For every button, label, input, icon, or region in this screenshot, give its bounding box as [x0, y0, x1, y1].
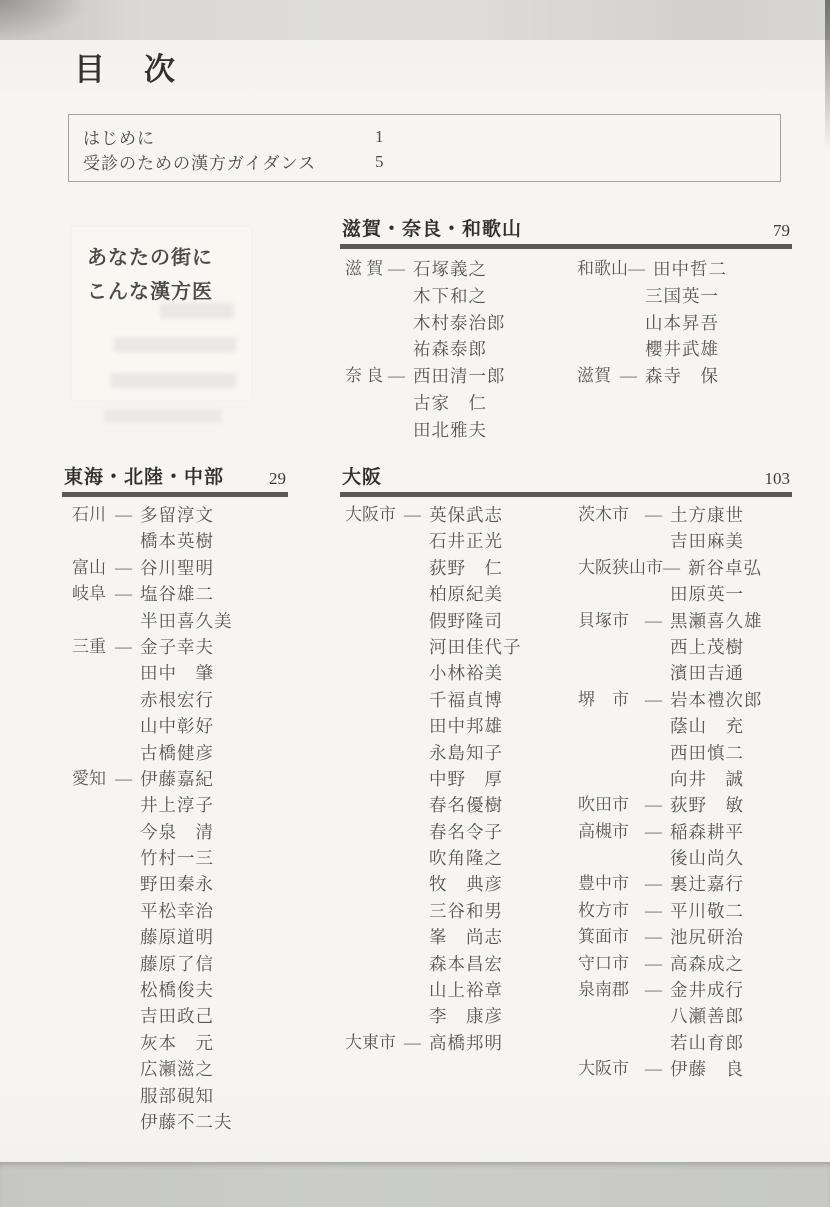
region-label: 愛知― — [72, 766, 140, 792]
region-name: 豊中市 — [578, 871, 629, 897]
book-toc-page: 目 次 はじめに 1 受診のための漢方ガイダンス 5 あなたの街に こんな漢方医… — [0, 0, 830, 1207]
bleedthrough-smudge — [160, 303, 234, 318]
region-name: 岐阜 — [72, 581, 106, 607]
doctor-name: 赤根宏行 — [140, 687, 214, 713]
toc-entry-row: 木村泰治郎 — [345, 310, 573, 337]
section-title: 東海・北陸・中部 — [64, 462, 224, 489]
toc-entry-row: 櫻井武雄 — [577, 336, 792, 363]
region-label: 三重― — [72, 634, 140, 660]
region-label — [72, 713, 140, 739]
toc-entry-row: 向井 誠 — [572, 766, 792, 792]
page-title: 目 次 — [74, 44, 179, 89]
toc-entry-row: 奈 良―西田清一郎 — [345, 363, 573, 390]
toc-entry-row: 滋 賀―石塚義之 — [345, 256, 573, 283]
section-header: 東海・北陸・中部 29 — [62, 462, 288, 497]
doctor-name: 新谷卓弘 — [688, 555, 762, 581]
toc-entry-row: 三重―金子幸夫 — [72, 634, 288, 660]
dash-connector: ― — [645, 871, 662, 897]
dash-connector: ― — [388, 256, 405, 283]
dash-connector: ― — [645, 819, 662, 845]
doctor-name: 稲森耕平 — [670, 819, 744, 845]
doctor-name: 柏原紀美 — [429, 581, 503, 607]
toc-entry-row: 伊藤不二夫 — [72, 1109, 288, 1135]
toc-entry-row: 灰本 元 — [72, 1030, 288, 1056]
toc-entry-row: 石井正光 — [345, 528, 569, 554]
toc-entry-row: 荻野 仁 — [345, 555, 569, 581]
toc-entry-row: 石川―多留淳文 — [72, 502, 288, 528]
dash-connector: ― — [115, 502, 132, 528]
dash-connector: ― — [628, 256, 645, 283]
scan-edge-bottom — [0, 1162, 830, 1207]
region-label: 吹田市― — [572, 792, 670, 818]
region-label — [72, 845, 140, 871]
dash-connector: ― — [645, 951, 662, 977]
section-title: 滋賀・奈良・和歌山 — [342, 214, 522, 241]
toc-entry-row: 千福貞博 — [345, 687, 569, 713]
doctor-name: 三谷和男 — [429, 898, 503, 924]
doctor-name: 塩谷雄二 — [140, 581, 214, 607]
doctor-name: 吉田麻美 — [670, 528, 744, 554]
doctor-name: 古家 仁 — [413, 390, 487, 417]
region-label: 茨木市― — [572, 502, 670, 528]
section-shiga-nara-wakayama: 滋賀・奈良・和歌山 79 滋 賀―石塚義之木下和之木村泰治郎祐森泰郎奈 良―西田… — [340, 214, 792, 249]
region-label: 高槻市― — [572, 819, 670, 845]
region-label — [72, 608, 140, 634]
entry-column: 茨木市―土方康世吉田麻美大阪狭山市―新谷卓弘田原英一貝塚市―黒瀬喜久雄西上茂樹濱… — [572, 502, 792, 1083]
dash-connector: ― — [645, 898, 662, 924]
doctor-name: 小林裕美 — [429, 660, 503, 686]
toc-entry-row: 富山―谷川聖明 — [72, 555, 288, 581]
doctor-name: 高森成之 — [670, 951, 744, 977]
toc-entry-row: 蔭山 充 — [572, 713, 792, 739]
doctor-name: 牧 典彦 — [429, 871, 503, 897]
doctor-name: 峯 尚志 — [429, 924, 503, 950]
toc-entry-row: 赤根宏行 — [72, 687, 288, 713]
dash-connector: ― — [115, 766, 132, 792]
toc-entry-row: 山本昇吾 — [577, 310, 792, 337]
doctor-name: 田北雅夫 — [413, 417, 487, 444]
region-label — [345, 845, 429, 871]
doctor-name: 古橋健彦 — [140, 740, 214, 766]
doctor-name: 田中邦雄 — [429, 713, 503, 739]
doctor-name: 野田秦永 — [140, 871, 214, 897]
doctor-name: 荻野 仁 — [429, 555, 503, 581]
region-label — [72, 1056, 140, 1082]
entry-column: 石川―多留淳文橋本英樹富山―谷川聖明岐阜―塩谷雄二半田喜久美三重―金子幸夫田中 … — [72, 502, 288, 1135]
dash-connector: ― — [645, 1056, 662, 1082]
doctor-name: 土方康世 — [670, 502, 744, 528]
region-label — [72, 898, 140, 924]
doctor-name: 岩本禮次郎 — [670, 687, 763, 713]
toc-entry-row: 箕面市―池尻研治 — [572, 924, 792, 950]
toc-entry-row: 大阪狭山市―新谷卓弘 — [572, 555, 792, 581]
doctor-name: 春名令子 — [429, 819, 503, 845]
toc-entry-row: 古橋健彦 — [72, 740, 288, 766]
doctor-name: 西上茂樹 — [670, 634, 744, 660]
dash-connector: ― — [645, 687, 662, 713]
region-name: 堺 市 — [578, 687, 629, 713]
doctor-name: 櫻井武雄 — [645, 336, 719, 363]
region-label — [345, 977, 429, 1003]
doctor-name: 荻野 敏 — [670, 792, 744, 818]
doctor-name: 河田佳代子 — [429, 634, 522, 660]
region-label — [345, 819, 429, 845]
region-label — [572, 740, 670, 766]
toc-entry-page: 1 — [375, 127, 384, 147]
region-label — [572, 845, 670, 871]
region-label — [345, 951, 429, 977]
dash-connector: ― — [663, 555, 680, 581]
region-label: 滋賀― — [577, 363, 645, 390]
region-name: 大東市 — [345, 1030, 396, 1056]
doctor-name: 蔭山 充 — [670, 713, 744, 739]
toc-entry-label: 受診のための漢方ガイダンス — [83, 149, 375, 174]
doctor-name: 若山育郎 — [670, 1030, 744, 1056]
doctor-name: 藤原了信 — [140, 951, 214, 977]
doctor-name: 假野隆司 — [429, 608, 503, 634]
doctor-name: 伊藤嘉紀 — [140, 766, 214, 792]
doctor-name: 伊藤 良 — [670, 1056, 744, 1082]
toc-entry-row: 吹田市―荻野 敏 — [572, 792, 792, 818]
region-label — [72, 871, 140, 897]
doctor-name: 後山尚久 — [670, 845, 744, 871]
toc-entry-row: 藤原道明 — [72, 924, 288, 950]
section-page-number: 79 — [773, 221, 790, 241]
doctor-name: 英保武志 — [429, 502, 503, 528]
doctor-name: 伊藤不二夫 — [140, 1109, 233, 1135]
region-label — [345, 336, 413, 363]
bleedthrough-smudge — [110, 373, 236, 388]
toc-entry-row: 濱田吉通 — [572, 660, 792, 686]
dash-connector: ― — [404, 502, 421, 528]
doctor-name: 森本昌宏 — [429, 951, 503, 977]
toc-entry-row: 山中彰好 — [72, 713, 288, 739]
toc-entry-row: 峯 尚志 — [345, 924, 569, 950]
region-name: 守口市 — [578, 951, 629, 977]
doctor-name: 森寺 保 — [645, 363, 719, 390]
doctor-name: 吉田政己 — [140, 1003, 214, 1029]
region-label: 泉南郡― — [572, 977, 670, 1003]
region-label — [72, 792, 140, 818]
doctor-name: 永島知子 — [429, 740, 503, 766]
region-label — [345, 528, 429, 554]
region-label: 大東市― — [345, 1030, 429, 1056]
toc-entry-row: 西上茂樹 — [572, 634, 792, 660]
dash-connector: ― — [645, 977, 662, 1003]
series-title-line: あなたの街に — [87, 241, 251, 275]
doctor-name: 八瀬善郎 — [670, 1003, 744, 1029]
doctor-name: 中野 厚 — [429, 766, 503, 792]
toc-entry-row: 橋本英樹 — [72, 528, 288, 554]
region-label: 石川― — [72, 502, 140, 528]
section-osaka: 大阪 103 大阪市―英保武志石井正光荻野 仁柏原紀美假野隆司河田佳代子小林裕美… — [340, 462, 792, 497]
toc-entry-row: 吉田政己 — [72, 1003, 288, 1029]
doctor-name: 向井 誠 — [670, 766, 744, 792]
doctor-name: 濱田吉通 — [670, 660, 744, 686]
toc-entry-row: 祐森泰郎 — [345, 336, 573, 363]
region-label — [572, 660, 670, 686]
section-header: 大阪 103 — [340, 462, 792, 497]
toc-entry-row: 豊中市―裏辻嘉行 — [572, 871, 792, 897]
region-name: 泉南郡 — [578, 977, 629, 1003]
section-tokai-hokuriku-chubu: 東海・北陸・中部 29 石川―多留淳文橋本英樹富山―谷川聖明岐阜―塩谷雄二半田喜… — [62, 462, 288, 497]
doctor-name: 木村泰治郎 — [413, 310, 506, 337]
toc-entry-row: 田中 肇 — [72, 660, 288, 686]
region-name: 石川 — [72, 502, 106, 528]
region-name: 枚方市 — [578, 898, 629, 924]
toc-entry-row: 茨木市―土方康世 — [572, 502, 792, 528]
dash-connector: ― — [645, 608, 662, 634]
region-label: 大阪狭山市― — [572, 555, 688, 581]
toc-entry-row: 受診のための漢方ガイダンス 5 — [83, 149, 766, 174]
doctor-name: 黒瀬喜久雄 — [670, 608, 763, 634]
dash-connector: ― — [645, 502, 662, 528]
toc-entry-row: 大阪市―英保武志 — [345, 502, 569, 528]
region-label — [345, 766, 429, 792]
toc-entry-row: 木下和之 — [345, 283, 573, 310]
section-title: 大阪 — [342, 462, 382, 489]
doctor-name: 山上裕章 — [429, 977, 503, 1003]
region-label: 滋 賀― — [345, 256, 413, 283]
doctor-name: 高橋邦明 — [429, 1030, 503, 1056]
toc-entry-label: はじめに — [83, 124, 375, 149]
region-label — [72, 1003, 140, 1029]
region-label — [577, 283, 645, 310]
toc-entry-row: 永島知子 — [345, 740, 569, 766]
toc-entry-row: 田中邦雄 — [345, 713, 569, 739]
toc-entry-row: 藤原了信 — [72, 951, 288, 977]
region-label — [72, 924, 140, 950]
region-label: 大阪市― — [345, 502, 429, 528]
bleedthrough-smudge — [114, 337, 236, 352]
region-label — [345, 283, 413, 310]
region-label — [345, 581, 429, 607]
doctor-name: 祐森泰郎 — [413, 336, 487, 363]
region-name: 大阪狭山市 — [578, 555, 663, 581]
toc-entry-row: 假野隆司 — [345, 608, 569, 634]
doctor-name: 金子幸夫 — [140, 634, 214, 660]
region-label — [577, 310, 645, 337]
doctor-name: 石井正光 — [429, 528, 503, 554]
region-label: 枚方市― — [572, 898, 670, 924]
toc-entry-row: 今泉 清 — [72, 819, 288, 845]
toc-entry-row: 泉南郡―金井成行 — [572, 977, 792, 1003]
toc-entry-row: 滋賀―森寺 保 — [577, 363, 792, 390]
region-label — [345, 608, 429, 634]
region-label: 大阪市― — [572, 1056, 670, 1082]
region-label: 奈 良― — [345, 363, 413, 390]
region-label — [345, 924, 429, 950]
toc-entry-row: 西田慎二 — [572, 740, 792, 766]
doctor-name: 田原英一 — [670, 581, 744, 607]
region-label — [72, 1030, 140, 1056]
region-label — [572, 1003, 670, 1029]
region-label — [572, 713, 670, 739]
region-name: 大阪市 — [578, 1056, 629, 1082]
region-label — [572, 581, 670, 607]
region-name: 奈 良 — [345, 363, 383, 390]
region-label: 和歌山― — [577, 256, 653, 283]
toc-entry-row: 三国英一 — [577, 283, 792, 310]
doctor-name: 石塚義之 — [413, 256, 487, 283]
toc-entry-row: 和歌山―田中哲二 — [577, 256, 792, 283]
entry-column: 滋 賀―石塚義之木下和之木村泰治郎祐森泰郎奈 良―西田清一郎古家 仁田北雅夫 — [345, 256, 573, 444]
region-label — [572, 1030, 670, 1056]
toc-entry-row: 八瀬善郎 — [572, 1003, 792, 1029]
doctor-name: 井上淳子 — [140, 792, 214, 818]
region-label: 貝塚市― — [572, 608, 670, 634]
dash-connector: ― — [388, 363, 405, 390]
toc-entry-row: 河田佳代子 — [345, 634, 569, 660]
doctor-name: 西田清一郎 — [413, 363, 506, 390]
section-page-number: 103 — [765, 469, 791, 489]
toc-entry-row: 森本昌宏 — [345, 951, 569, 977]
region-label — [345, 310, 413, 337]
toc-entry-row: 井上淳子 — [72, 792, 288, 818]
doctor-name: 三国英一 — [645, 283, 719, 310]
toc-entry-page: 5 — [375, 152, 384, 172]
region-label — [345, 740, 429, 766]
doctor-name: 平松幸治 — [140, 898, 214, 924]
doctor-name: 多留淳文 — [140, 502, 214, 528]
toc-entry-row: 平松幸治 — [72, 898, 288, 924]
region-label — [72, 1083, 140, 1109]
region-label — [72, 740, 140, 766]
region-label — [72, 528, 140, 554]
region-name: 箕面市 — [578, 924, 629, 950]
series-title-box: あなたの街に こんな漢方医 — [72, 227, 251, 400]
region-name: 高槻市 — [578, 819, 629, 845]
dash-connector: ― — [115, 581, 132, 607]
region-name: 三重 — [72, 634, 106, 660]
region-name: 愛知 — [72, 766, 106, 792]
region-label — [345, 660, 429, 686]
toc-entry-row: 三谷和男 — [345, 898, 569, 924]
entry-column: 大阪市―英保武志石井正光荻野 仁柏原紀美假野隆司河田佳代子小林裕美千福貞博田中邦… — [345, 502, 569, 1056]
region-label — [72, 687, 140, 713]
toc-entry-row: 吹角隆之 — [345, 845, 569, 871]
toc-entry-row: 春名令子 — [345, 819, 569, 845]
doctor-name: 金井成行 — [670, 977, 744, 1003]
region-name: 大阪市 — [345, 502, 396, 528]
region-label: 富山― — [72, 555, 140, 581]
region-label — [345, 634, 429, 660]
region-label — [345, 555, 429, 581]
region-label — [572, 528, 670, 554]
doctor-name: 山本昇吾 — [645, 310, 719, 337]
toc-entry-row: 柏原紀美 — [345, 581, 569, 607]
doctor-name: 春名優樹 — [429, 792, 503, 818]
toc-entry-row: 大東市―高橋邦明 — [345, 1030, 569, 1056]
doctor-name: 半田喜久美 — [140, 608, 233, 634]
toc-entry-row: 吉田麻美 — [572, 528, 792, 554]
doctor-name: 木下和之 — [413, 283, 487, 310]
scan-edge-right — [825, 0, 830, 150]
region-label — [577, 336, 645, 363]
region-label — [345, 687, 429, 713]
region-label — [72, 977, 140, 1003]
doctor-name: 池尻研治 — [670, 924, 744, 950]
region-name: 貝塚市 — [578, 608, 629, 634]
toc-entry-row: 竹村一三 — [72, 845, 288, 871]
scan-corner-shadow — [0, 0, 90, 40]
region-label — [345, 792, 429, 818]
toc-entry-row: 野田秦永 — [72, 871, 288, 897]
toc-entry-row: 古家 仁 — [345, 390, 573, 417]
region-label — [345, 417, 413, 444]
doctor-name: 李 康彦 — [429, 1003, 503, 1029]
section-header: 滋賀・奈良・和歌山 79 — [340, 214, 792, 249]
dash-connector: ― — [404, 1030, 421, 1056]
intro-toc-box: はじめに 1 受診のための漢方ガイダンス 5 — [68, 114, 781, 182]
scan-edge-top — [0, 0, 830, 40]
doctor-name: 千福貞博 — [429, 687, 503, 713]
toc-entry-row: 守口市―高森成之 — [572, 951, 792, 977]
region-label — [572, 766, 670, 792]
doctor-name: 今泉 清 — [140, 819, 214, 845]
toc-entry-row: 大阪市―伊藤 良 — [572, 1056, 792, 1082]
region-name: 吹田市 — [578, 792, 629, 818]
dash-connector: ― — [115, 555, 132, 581]
doctor-name: 灰本 元 — [140, 1030, 214, 1056]
bleedthrough-smudge — [104, 409, 222, 423]
dash-connector: ― — [115, 634, 132, 660]
entry-column: 和歌山―田中哲二三国英一山本昇吾櫻井武雄滋賀―森寺 保 — [577, 256, 792, 390]
toc-entry-row: 松橋俊夫 — [72, 977, 288, 1003]
toc-entry-row: 春名優樹 — [345, 792, 569, 818]
toc-entry-row: 中野 厚 — [345, 766, 569, 792]
doctor-name: 服部硯知 — [140, 1083, 214, 1109]
region-label — [72, 660, 140, 686]
toc-entry-row: 堺 市―岩本禮次郎 — [572, 687, 792, 713]
doctor-name: 竹村一三 — [140, 845, 214, 871]
doctor-name: 山中彰好 — [140, 713, 214, 739]
toc-entry-row: 枚方市―平川敬二 — [572, 898, 792, 924]
doctor-name: 吹角隆之 — [429, 845, 503, 871]
doctor-name: 橋本英樹 — [140, 528, 214, 554]
region-name: 茨木市 — [578, 502, 629, 528]
region-label — [345, 871, 429, 897]
toc-entry-row: 牧 典彦 — [345, 871, 569, 897]
region-label: 守口市― — [572, 951, 670, 977]
region-label: 箕面市― — [572, 924, 670, 950]
doctor-name: 松橋俊夫 — [140, 977, 214, 1003]
toc-entry-row: 服部硯知 — [72, 1083, 288, 1109]
region-name: 和歌山 — [577, 256, 628, 283]
doctor-name: 谷川聖明 — [140, 555, 214, 581]
dash-connector: ― — [645, 924, 662, 950]
toc-entry-row: 半田喜久美 — [72, 608, 288, 634]
toc-entry-row: 山上裕章 — [345, 977, 569, 1003]
doctor-name: 西田慎二 — [670, 740, 744, 766]
toc-entry-row: 田北雅夫 — [345, 417, 573, 444]
region-label — [345, 898, 429, 924]
region-label — [72, 1109, 140, 1135]
dash-connector: ― — [620, 363, 637, 390]
dash-connector: ― — [645, 792, 662, 818]
doctor-name: 田中哲二 — [653, 256, 727, 283]
toc-entry-row: 田原英一 — [572, 581, 792, 607]
doctor-name: 広瀬滋之 — [140, 1056, 214, 1082]
region-label — [345, 713, 429, 739]
toc-entry-row: 愛知―伊藤嘉紀 — [72, 766, 288, 792]
doctor-name: 田中 肇 — [140, 660, 214, 686]
doctor-name: 裏辻嘉行 — [670, 871, 744, 897]
toc-entry-row: 小林裕美 — [345, 660, 569, 686]
toc-entry-row: 後山尚久 — [572, 845, 792, 871]
region-label — [72, 951, 140, 977]
section-page-number: 29 — [269, 469, 286, 489]
